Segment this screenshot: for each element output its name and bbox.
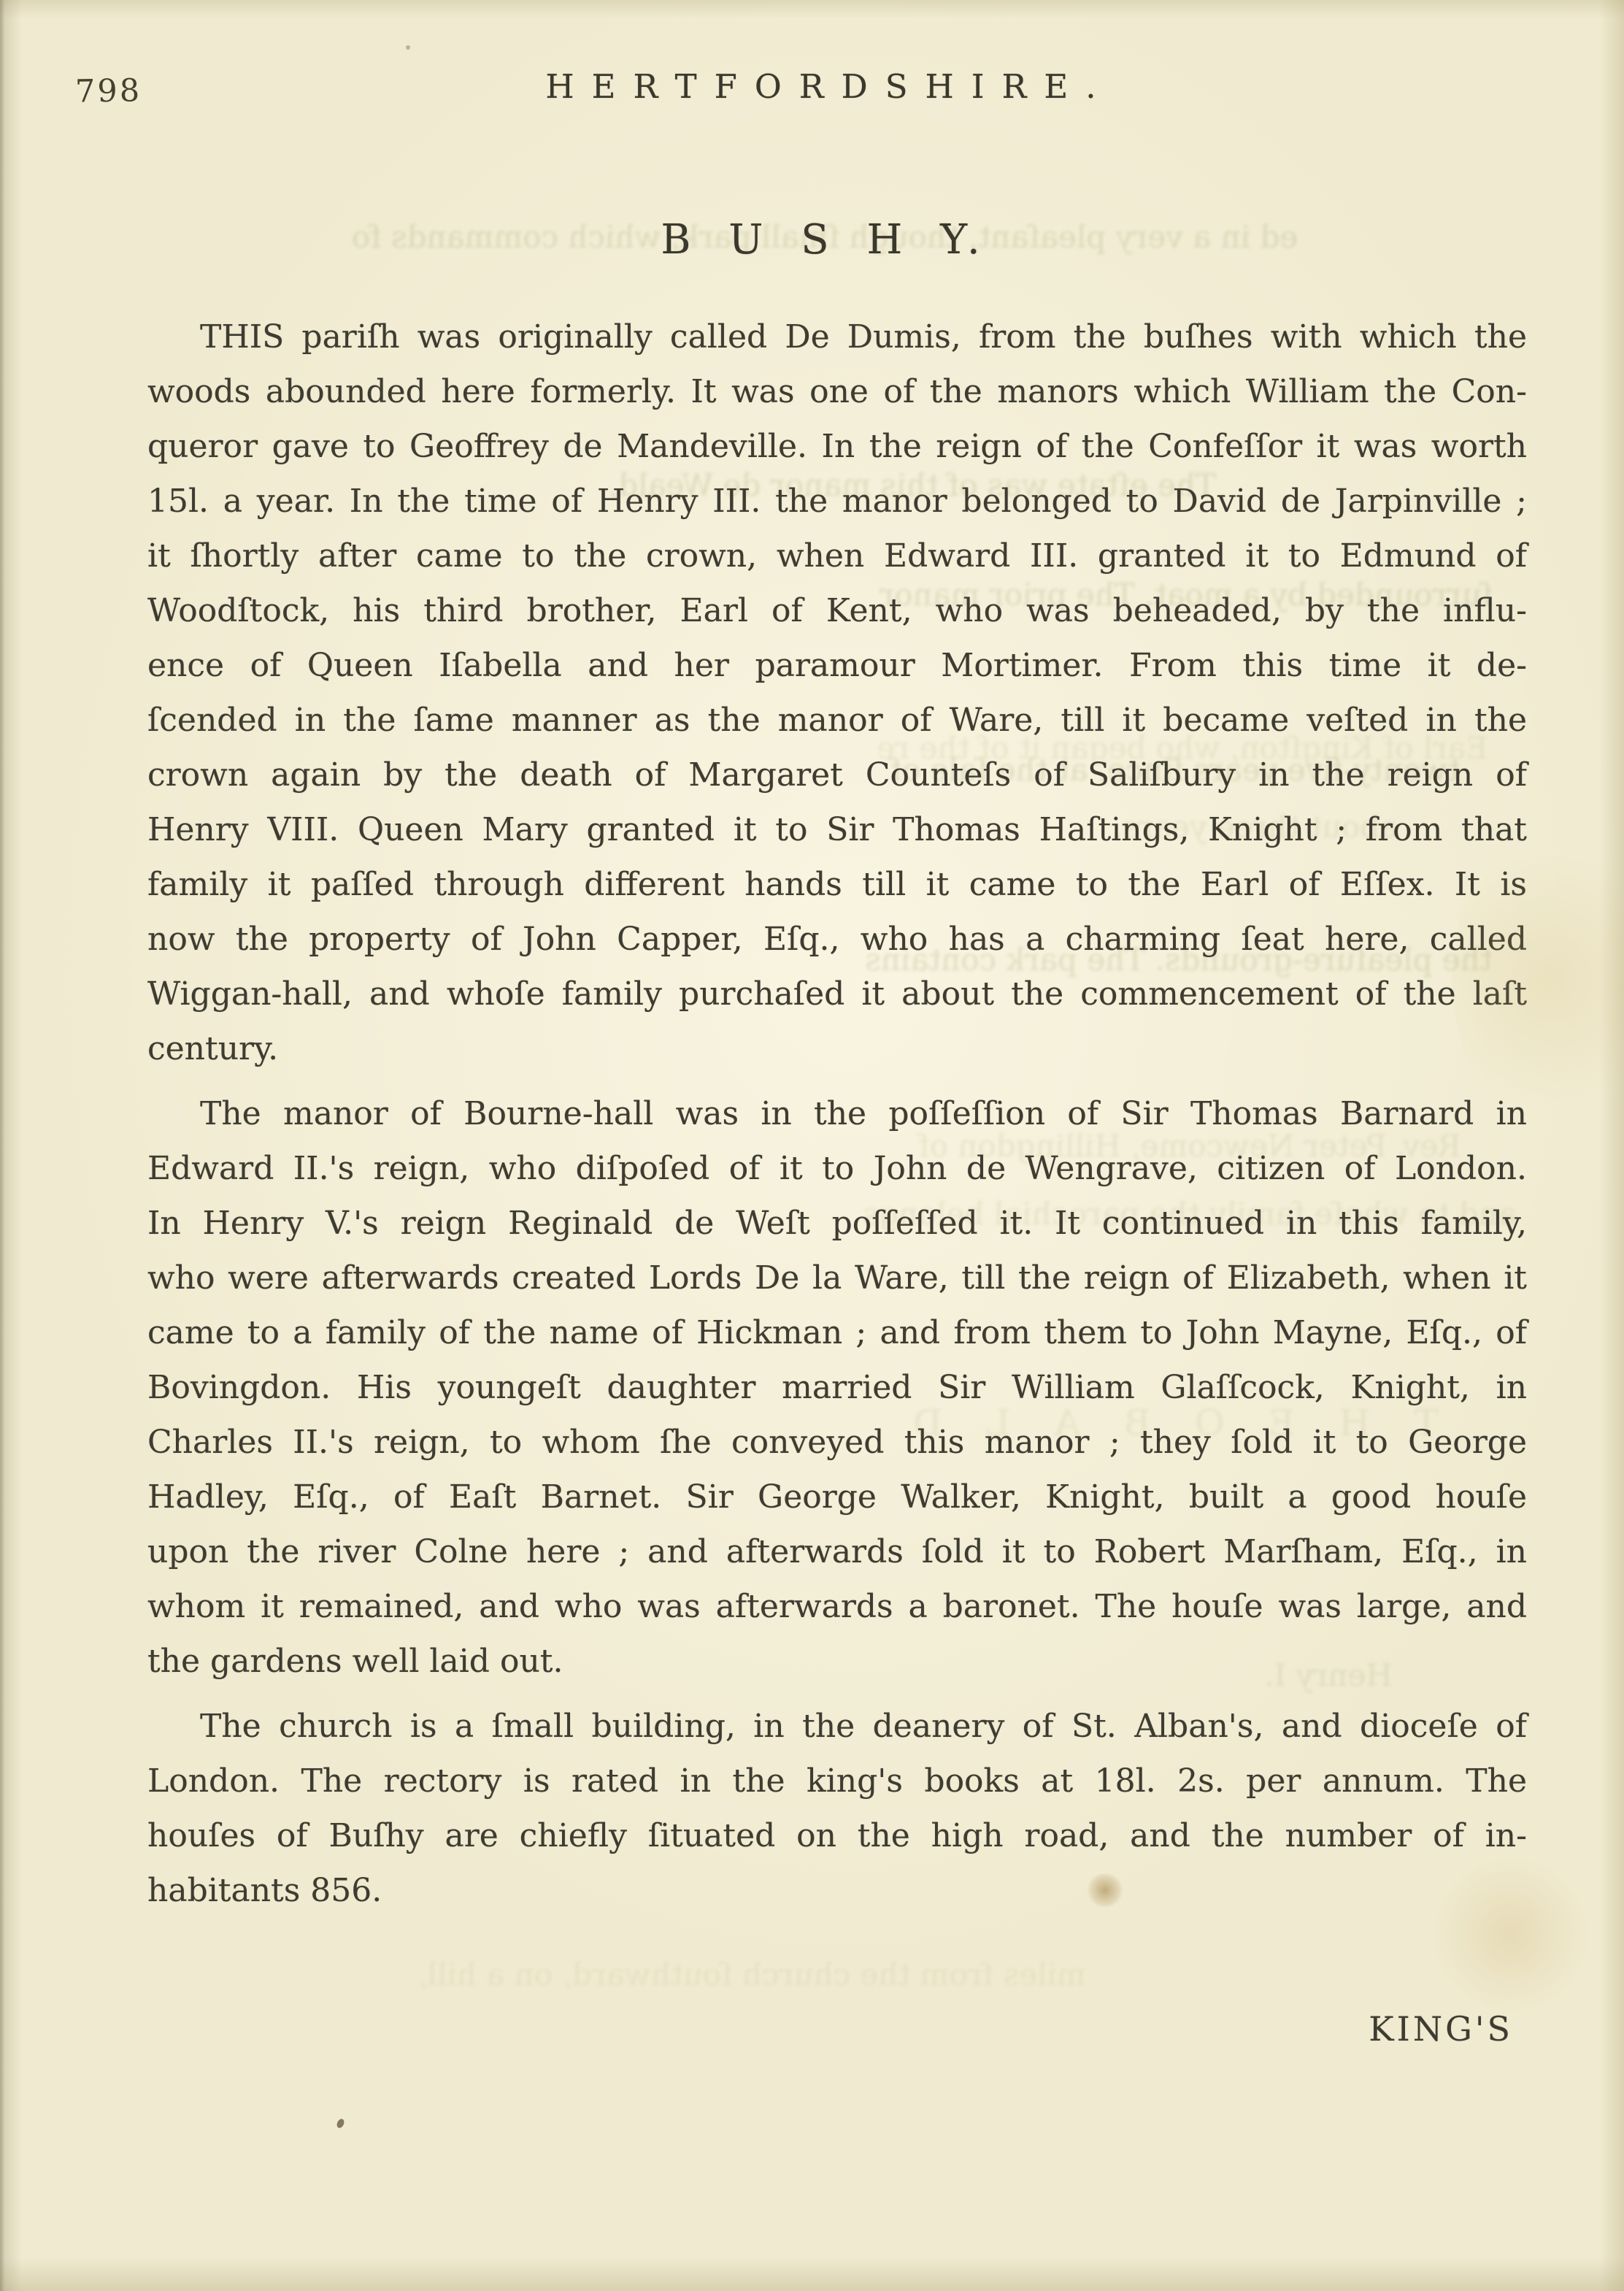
text-line: whom it remained, and who was afterwards… — [147, 1579, 1527, 1634]
text-line: century. — [147, 1021, 1527, 1076]
paper-speck — [336, 2118, 346, 2130]
text-line: Charles II.'s reign, to whom ſhe conveye… — [147, 1415, 1527, 1470]
text-line: now the property of John Capper, Eſq., w… — [147, 912, 1527, 967]
text-line: it ſhortly after came to the crown, when… — [147, 529, 1527, 583]
paper-speck — [318, 1662, 323, 1665]
text-line: 15l. a year. In the time of Henry III. t… — [147, 474, 1527, 529]
text-line: crown again by the death of Margaret Cou… — [147, 748, 1527, 802]
text-line: upon the river Colne here ; and afterwar… — [147, 1524, 1527, 1579]
text-line: London. The rectory is rated in the king… — [147, 1754, 1527, 1808]
body-text: THIS pariſh was originally called De Dum… — [147, 310, 1527, 1918]
text-line: habitants 856. — [147, 1863, 1527, 1918]
text-line: family it paſſed through different hands… — [147, 857, 1527, 912]
text-line: ence of Queen Iſabella and her paramour … — [147, 638, 1527, 693]
text-line: Bovingdon. His youngeſt daughter married… — [147, 1360, 1527, 1415]
text-line: Wiggan-hall, and whoſe family purchaſed … — [147, 967, 1527, 1021]
showthrough-text: miles from the church ſouthward, on a hi… — [204, 1957, 1299, 1992]
text-line: Edward II.'s reign, who diſpoſed of it t… — [147, 1141, 1527, 1196]
running-head: HERTFORDSHIRE. — [0, 67, 1624, 106]
section-title: B U S H Y. — [0, 216, 1624, 264]
text-line: Hadley, Eſq., of Eaſt Barnet. Sir George… — [147, 1470, 1527, 1524]
text-line: The church is a ſmall building, in the d… — [147, 1699, 1527, 1754]
text-line: The manor of Bourne-hall was in the poſſ… — [147, 1086, 1527, 1141]
text-line: ſcended in the ſame manner as the manor … — [147, 693, 1527, 748]
text-line: houſes of Buſhy are chiefly ſituated on … — [147, 1808, 1527, 1863]
text-line: In Henry V.'s reign Reginald de Weſt poſ… — [147, 1196, 1527, 1251]
text-line: THIS pariſh was originally called De Dum… — [147, 310, 1527, 364]
text-line: Woodſtock, his third brother, Earl of Ke… — [147, 583, 1527, 638]
catchword: KING'S — [1369, 2009, 1513, 2049]
paper-speck — [406, 45, 410, 50]
text-line: woods abounded here formerly. It was one… — [147, 364, 1527, 419]
text-line: the gardens well laid out. — [147, 1634, 1527, 1689]
text-line: queror gave to Geoffrey de Mandeville. I… — [147, 419, 1527, 474]
text-line: Henry VIII. Queen Mary granted it to Sir… — [147, 802, 1527, 857]
text-line: who were afterwards created Lords De la … — [147, 1251, 1527, 1305]
scanned-book-page: { "page": { "number": "798", "running_he… — [0, 0, 1624, 2291]
text-line: came to a family of the name of Hickman … — [147, 1305, 1527, 1360]
